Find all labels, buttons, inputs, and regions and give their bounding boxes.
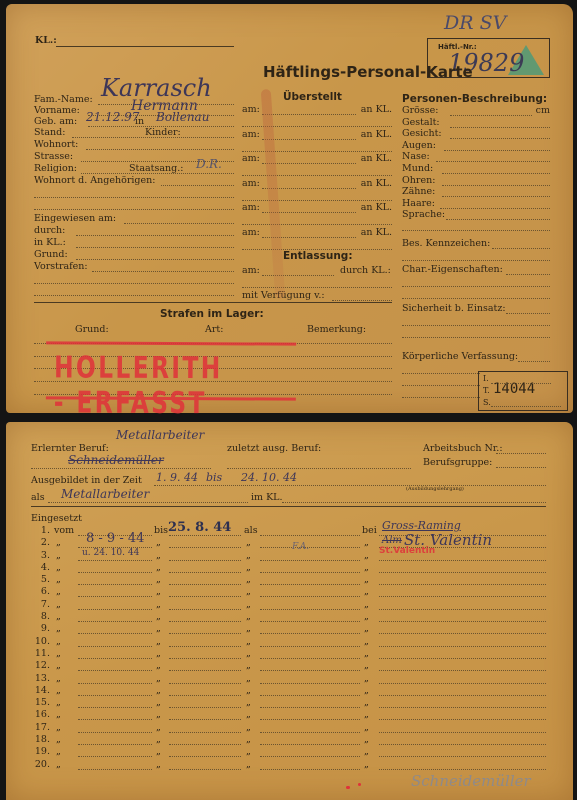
row-number: 3. [34, 550, 50, 561]
am-line [262, 139, 356, 140]
strafen-bemerkung-label: Bemerkung: [307, 324, 366, 335]
entlassung-heading: Entlassung: [283, 250, 353, 262]
red-speck [358, 783, 361, 786]
its-line-i: I. [483, 373, 489, 384]
als-line [260, 683, 360, 684]
ditto-mark: „ [364, 562, 369, 573]
ditto-mark: „ [156, 709, 161, 720]
ditto-mark: „ [156, 611, 161, 622]
ditto-mark: „ [56, 537, 61, 548]
vom-line [78, 695, 152, 696]
am-label: am: [242, 227, 260, 238]
ohren-label: Ohren: [402, 175, 435, 186]
vom-line [78, 769, 152, 770]
bei-line [379, 707, 546, 708]
row-number: 11. [34, 648, 50, 659]
ditto-mark: „ [246, 660, 251, 671]
strasse-label: Strasse: [34, 151, 73, 162]
bis-line [169, 719, 241, 720]
ditto-mark: „ [56, 759, 61, 770]
ditto-mark: „ [246, 697, 251, 708]
row-number: 9. [34, 623, 50, 634]
ditto-mark: „ [246, 537, 251, 548]
durch-label: durch: [34, 225, 65, 236]
table-row: 13.„„„„ [34, 673, 546, 685]
ditto-mark: „ [156, 734, 161, 745]
ditto-mark: „ [56, 574, 61, 585]
row-number: 17. [34, 722, 50, 733]
classification-note: DR SV [444, 12, 506, 34]
its-box: I. T. S. 14044 [478, 371, 568, 411]
ditto-mark: „ [156, 574, 161, 585]
ditto-mark: „ [156, 697, 161, 708]
bei-line [379, 621, 546, 622]
red-speck [346, 786, 350, 789]
an-kl-label: an KL. [361, 227, 392, 238]
back-divider [31, 506, 546, 507]
field-row: Mund: [402, 163, 550, 175]
als-line [260, 744, 360, 745]
prisoner-card-back: Metallarbeiter Erlernter Beruf: zuletzt … [6, 422, 573, 800]
als-line [260, 621, 360, 622]
sicherheit-line [506, 313, 550, 314]
am-line [262, 163, 356, 164]
vorstrafen-line-1 [92, 271, 234, 272]
in-kl-label: in KL.: [34, 237, 66, 248]
bei-line [379, 756, 546, 757]
bis-line [169, 535, 241, 536]
am-label: am: [242, 202, 260, 213]
bei-line [379, 646, 546, 647]
char-label: Char.-Eigenschaften: [402, 264, 503, 275]
ditto-mark: „ [364, 636, 369, 647]
table-row: 17.„„„„ [34, 722, 546, 734]
hollerith-stamp: HOLLERITH - ERFASST [46, 341, 296, 400]
ditto-mark: „ [364, 648, 369, 659]
field-row: Augen: [402, 140, 550, 152]
ditto-mark: „ [246, 574, 251, 585]
vom-line [78, 560, 152, 561]
als-line [260, 584, 360, 585]
berufsgruppe-label: Berufsgruppe: [423, 457, 492, 468]
its-line-s: S. [483, 397, 491, 408]
wohnort-label: Wohnort: [34, 139, 78, 150]
erlernter-beruf-value: Metallarbeiter [116, 428, 204, 442]
zuletzt-beruf-label: zuletzt ausg. Beruf: [227, 443, 321, 454]
verfuegung-line [332, 300, 392, 301]
ditto-mark: „ [56, 660, 61, 671]
row-number: 7. [34, 599, 50, 610]
ditto-mark: „ [364, 586, 369, 597]
row-number: 13. [34, 673, 50, 684]
verfassung-label: Körperliche Verfassung: [402, 351, 518, 362]
ditto-mark: „ [246, 734, 251, 745]
vom-line [78, 670, 152, 671]
char-line [506, 274, 550, 275]
ausgebildet-von: 1. 9. 44 [156, 471, 198, 484]
ditto-mark: „ [156, 648, 161, 659]
vom-label: vom [54, 525, 74, 536]
bis-line [169, 756, 241, 757]
ditto-mark: „ [364, 709, 369, 720]
erlernter-beruf-struck: Schneidemüller [68, 453, 164, 467]
als-line [260, 756, 360, 757]
strafen-heading: Strafen im Lager: [160, 308, 264, 320]
an-kl-label: an KL. [361, 202, 392, 213]
its-line [491, 406, 561, 407]
mund-label: Mund: [402, 163, 433, 174]
angeh-line-1 [161, 185, 234, 186]
bei-line [379, 658, 546, 659]
ditto-mark: „ [156, 685, 161, 696]
als-line [260, 609, 360, 610]
ditto-mark: „ [56, 685, 61, 696]
kennzeichen-label: Bes. Kennzeichen: [402, 238, 490, 249]
an-kl-label: an KL. [361, 129, 392, 140]
vom-value: 8 - 9 - 44 [86, 531, 144, 546]
table-row: 6.„„„„ [34, 586, 546, 598]
kennzeichen-line [492, 248, 550, 249]
als-value: F.A. [292, 542, 309, 552]
bis-line [169, 633, 241, 634]
field-row: Nase: [402, 151, 550, 163]
ditto-mark: „ [364, 673, 369, 684]
field-row: Haare: [402, 198, 550, 210]
bei-line [379, 683, 546, 684]
vorstrafen-line-2 [34, 283, 234, 284]
bis-line [169, 572, 241, 573]
kl-label: KL.: [35, 35, 57, 46]
ditto-mark: „ [156, 722, 161, 733]
ditto-mark: „ [364, 734, 369, 745]
bei-value: Gross-Raming [382, 519, 461, 532]
gestalt-label: Gestalt: [402, 117, 440, 128]
ditto-mark: „ [156, 636, 161, 647]
zaehne-label: Zähne: [402, 186, 435, 197]
haare-label: Haare: [402, 198, 435, 209]
ditto-mark: „ [56, 623, 61, 634]
ditto-mark: „ [56, 636, 61, 647]
card-title: Häftlings-Personal-Karte [263, 63, 473, 81]
am-label: am: [242, 153, 260, 164]
ditto-mark: „ [56, 697, 61, 708]
geb-am-label: Geb. am: [34, 116, 77, 127]
als-line [260, 633, 360, 634]
field-row: Zähne: [402, 186, 550, 198]
verfassung-line-3 [402, 385, 480, 386]
entlassung-am-label: am: [242, 265, 260, 276]
ditto-mark: „ [246, 562, 251, 573]
als-value: Metallarbeiter [61, 487, 149, 501]
bei-line [379, 584, 546, 585]
bis-line [169, 609, 241, 610]
ditto-mark: „ [156, 562, 161, 573]
sicherheit-label: Sicherheit b. Einsatz: [402, 303, 506, 314]
prisoner-card-front: KL.: DR SV Häftl.-Nr.: 19829 Häftlings-P… [6, 4, 573, 413]
sprache-label: Sprache: [402, 209, 445, 220]
als-line [260, 535, 360, 536]
ditto-mark: „ [246, 636, 251, 647]
ditto-mark: „ [364, 550, 369, 561]
ditto-mark: „ [246, 586, 251, 597]
religion-label: Religion: [34, 163, 77, 174]
als-label: als [31, 492, 45, 503]
table-row: 15.„„„„ [34, 697, 546, 709]
bis-line [169, 670, 241, 671]
ditto-mark: „ [56, 746, 61, 757]
st-valentin-stamp: St.Valentin [379, 546, 435, 556]
als-line [260, 769, 360, 770]
char-line-3 [402, 298, 550, 299]
row-number: 2. [34, 537, 50, 548]
als-line [260, 707, 360, 708]
row-number: 16. [34, 709, 50, 720]
bei-line [379, 732, 546, 733]
im-kl-line [282, 502, 546, 503]
bei-line [379, 609, 546, 610]
ausgebildet-line [154, 485, 546, 486]
vom-value: u. 24. 10. 44 [82, 548, 139, 558]
fam-name-label: Fam.-Name: [34, 94, 93, 105]
sprache-line-2 [402, 230, 550, 231]
grund-label: Grund: [34, 249, 68, 260]
bis-line [169, 732, 241, 733]
ditto-mark: „ [246, 685, 251, 696]
row-number: 18. [34, 734, 50, 745]
an-kl-label: an KL. [361, 178, 392, 189]
vom-line [78, 621, 152, 622]
eingesetzt-label: Eingesetzt [31, 513, 82, 524]
ditto-mark: „ [246, 611, 251, 622]
bei-line [379, 744, 546, 745]
staatsang-value: D.R. [196, 157, 222, 171]
beschreibung-heading: Personen-Beschreibung: [402, 93, 547, 105]
table-row: 4.„„„„ [34, 562, 546, 574]
row-number: 8. [34, 611, 50, 622]
row-number: 1. [34, 525, 50, 536]
ditto-mark: „ [364, 746, 369, 757]
ditto-mark: „ [56, 611, 61, 622]
row-number: 14. [34, 685, 50, 696]
ditto-mark: „ [364, 599, 369, 610]
geb-am-value: 21.12.97 [86, 110, 139, 124]
table-row: 9.„„„„ [34, 623, 546, 635]
ditto-mark: „ [56, 734, 61, 745]
vom-line [78, 584, 152, 585]
stand-line [72, 137, 234, 138]
an-kl-label: an KL. [361, 153, 392, 164]
vorname-label: Vorname: [34, 105, 80, 116]
entlassung-line [242, 287, 392, 288]
augen-label: Augen: [402, 140, 436, 151]
ausbildungslehrgang-label: (Ausbildungslehrgang) [406, 486, 464, 492]
kennzeichen-line-2 [402, 260, 550, 261]
vom-line [78, 719, 152, 720]
groesse-label: Grösse: [402, 105, 438, 116]
ausgebildet-label: Ausgebildet in der Zeit [31, 475, 142, 486]
bei-line [379, 560, 546, 561]
field-row: Grösse:cm [402, 105, 550, 117]
ditto-mark: „ [56, 586, 61, 597]
verfassung-line-4 [402, 397, 480, 398]
char-line-2 [402, 286, 550, 287]
im-kl-label: im KL. [251, 492, 283, 503]
table-row: 16.„„„„ [34, 709, 546, 721]
verfassung-line [518, 361, 550, 362]
ditto-mark: „ [56, 562, 61, 573]
eingewiesen-line [124, 223, 234, 224]
verfassung-line-2 [402, 373, 480, 374]
bis-line [169, 769, 241, 770]
ausgebildet-bis: 24. 10. 44 [241, 471, 297, 484]
bis-value: 25. 8. 44 [168, 520, 231, 535]
entlassung-durch-label: durch KL.: [340, 265, 391, 276]
arbeitsbuch-line [496, 453, 546, 454]
am-line [262, 114, 356, 115]
table-row: 20.„„„„ [34, 759, 546, 771]
table-row: 14.„„„„ [34, 685, 546, 697]
sicherheit-line-3 [402, 337, 550, 338]
vorstrafen-label: Vorstrafen: [34, 261, 88, 272]
strafen-divider [34, 302, 392, 303]
table-row: 10.„„„„ [34, 636, 546, 648]
table-row: 5.„„„„ [34, 574, 546, 586]
ditto-mark: „ [246, 759, 251, 770]
beschreibung-fields: Grösse:cm Gestalt: Gesicht: Augen: Nase:… [402, 105, 550, 221]
sicherheit-line-2 [402, 325, 550, 326]
vom-line [78, 609, 152, 610]
vom-line [78, 572, 152, 573]
ditto-mark: „ [156, 759, 161, 770]
bis-line [169, 547, 241, 548]
pencil-note: Schneidemüller [411, 772, 531, 790]
beruf-line [31, 468, 211, 469]
bei-line [379, 596, 546, 597]
ditto-mark: „ [56, 599, 61, 610]
ditto-mark: „ [56, 648, 61, 659]
ditto-mark: „ [364, 660, 369, 671]
bis-line [169, 646, 241, 647]
ditto-mark: „ [56, 673, 61, 684]
bis-line [169, 596, 241, 597]
ditto-mark: „ [156, 746, 161, 757]
in-kl-line [76, 247, 234, 248]
table-row: 7.„„„„ [34, 599, 546, 611]
als-line [48, 502, 248, 503]
ditto-mark: „ [156, 623, 161, 634]
vom-line [78, 633, 152, 634]
als-line [260, 732, 360, 733]
als-line [260, 646, 360, 647]
ditto-mark: „ [56, 550, 61, 561]
ditto-mark: „ [364, 722, 369, 733]
field-row: Gestalt: [402, 117, 550, 129]
bis-line [169, 707, 241, 708]
ditto-mark: „ [364, 574, 369, 585]
vorstrafen-line-3 [34, 295, 234, 296]
ditto-mark: „ [246, 550, 251, 561]
ditto-mark: „ [246, 648, 251, 659]
kl-line [56, 46, 234, 47]
table-row: 8.„„„„ [34, 611, 546, 623]
vom-line [78, 646, 152, 647]
ditto-mark: „ [56, 709, 61, 720]
cm-label: cm [536, 105, 550, 116]
vom-line [78, 732, 152, 733]
grund-line [76, 259, 234, 260]
bei-label: bei [362, 525, 377, 536]
ditto-mark: „ [56, 722, 61, 733]
ueberstellt-row: am: an KL. [242, 200, 392, 225]
bis-line [169, 584, 241, 585]
table-row: 12.„„„„ [34, 660, 546, 672]
als-line [260, 670, 360, 671]
line [446, 219, 550, 220]
ditto-mark: „ [364, 537, 369, 548]
nase-label: Nase: [402, 151, 430, 162]
als-line [260, 658, 360, 659]
ueberstellt-row: am: an KL. [242, 225, 392, 250]
stand-label: Stand: [34, 127, 65, 138]
als-line [260, 547, 360, 548]
table-row: 3. „ u. 24. 10. 44 „ „ F.A. „ St.Valenti… [34, 550, 546, 562]
ditto-mark: „ [156, 673, 161, 684]
als-line [260, 596, 360, 597]
geb-in-value: Bollenau [156, 110, 209, 124]
als-line [260, 560, 360, 561]
ditto-mark: „ [156, 537, 161, 548]
wohnort-line [86, 149, 234, 150]
an-kl-label: an KL. [361, 104, 392, 115]
vom-line [78, 744, 152, 745]
bei-line [379, 719, 546, 720]
field-row: Sprache: [402, 209, 550, 221]
ditto-mark: „ [364, 611, 369, 622]
bis-line [169, 683, 241, 684]
field-row: Ohren: [402, 175, 550, 187]
row-number: 6. [34, 586, 50, 597]
zuletzt-line [227, 468, 411, 469]
religion-line [81, 173, 234, 174]
ditto-mark: „ [246, 623, 251, 634]
field-row: Gesicht: [402, 128, 550, 140]
am-label: am: [242, 178, 260, 189]
ueberstellt-row: am: an KL. [242, 176, 392, 201]
vom-line [78, 596, 152, 597]
ditto-mark: „ [246, 746, 251, 757]
als-col-label: als [244, 525, 258, 536]
am-label: am: [242, 104, 260, 115]
strafen-art-label: Art: [205, 324, 223, 335]
bei-line [379, 572, 546, 573]
eingesetzt-table: 1. vom bis 25. 8. 44 als bei Gross-Ramin… [34, 525, 546, 771]
row-number: 5. [34, 574, 50, 585]
bei-line [379, 695, 546, 696]
hollerith-stamp-text: HOLLERITH - ERFASST [54, 350, 243, 421]
ditto-mark: „ [156, 599, 161, 610]
ditto-mark: „ [156, 660, 161, 671]
durch-line [76, 235, 234, 236]
ditto-mark: „ [364, 623, 369, 634]
row-number: 12. [34, 660, 50, 671]
vom-line [78, 658, 152, 659]
ditto-mark: „ [246, 599, 251, 610]
bis-line [169, 744, 241, 745]
wohnort-angehoerige-label: Wohnort d. Angehörigen: [34, 175, 155, 186]
bis-line [169, 621, 241, 622]
table-row: 11.„„„„ [34, 648, 546, 660]
ausgebildet-bis-word: bis [206, 471, 222, 484]
